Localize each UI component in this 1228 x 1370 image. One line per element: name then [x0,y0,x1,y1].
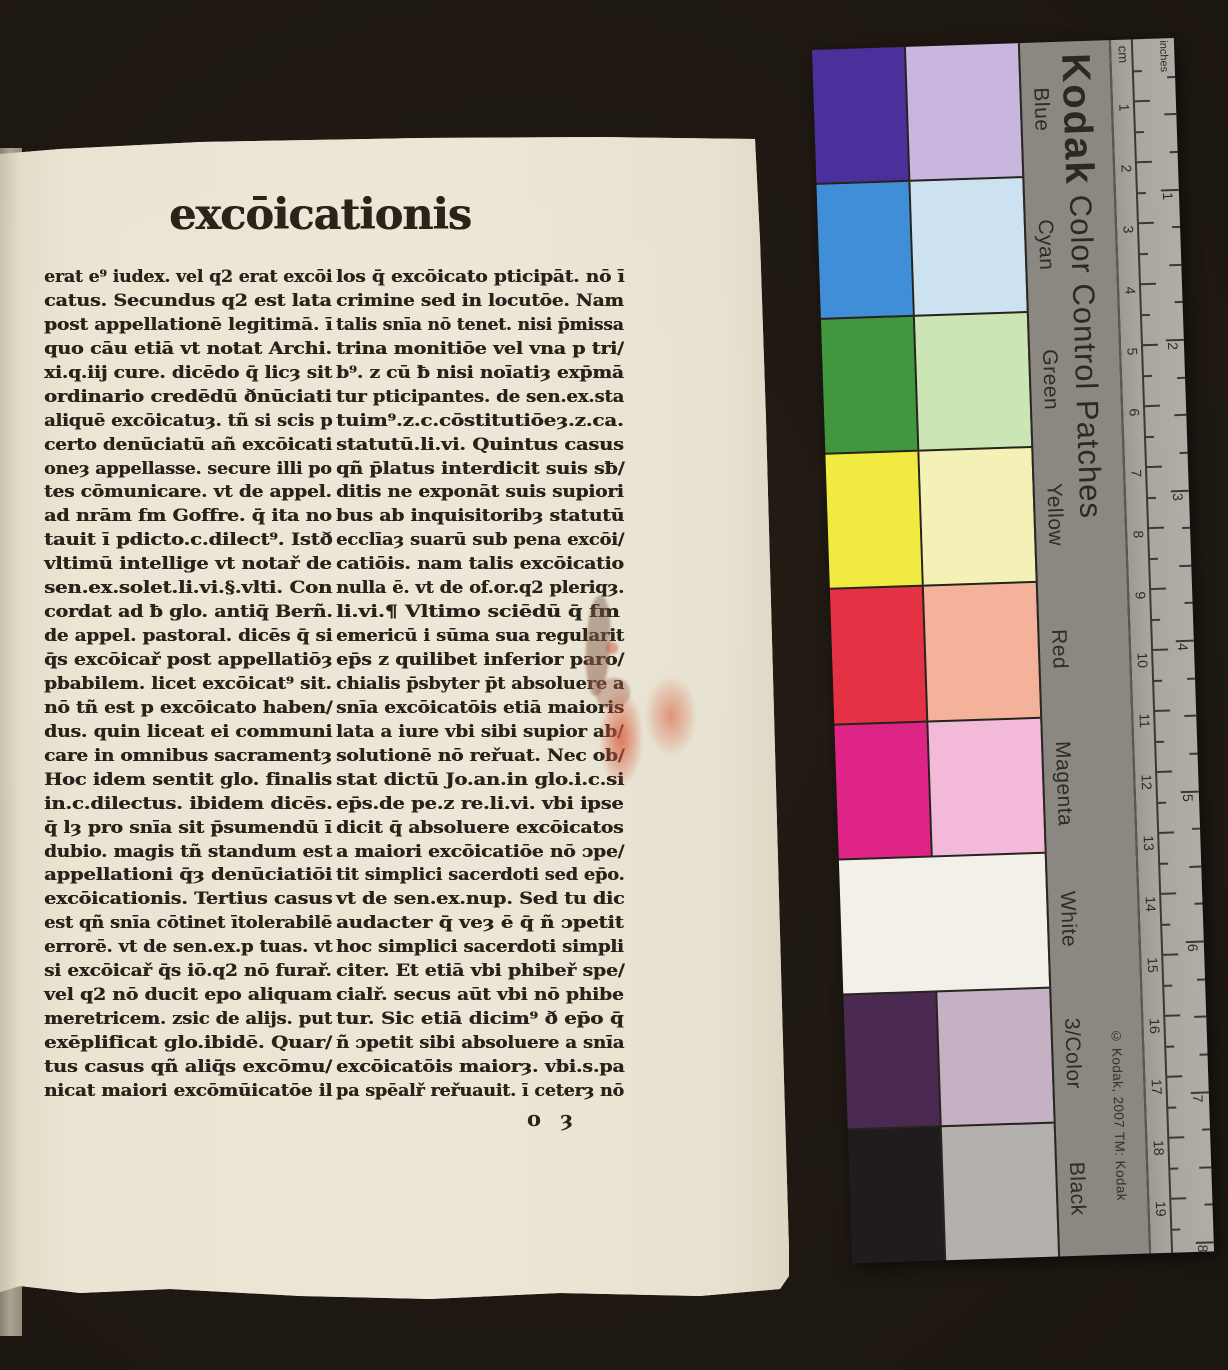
patch-row-3-color [843,988,1053,1130]
ruler-tick [1172,1228,1181,1230]
ruler-tick [1177,376,1185,378]
text-line: meretricem. zsic de alijs. put [44,1008,332,1032]
ruler-number: 11 [1138,713,1152,728]
ruler-tick [1170,151,1178,153]
ruler-tick [1181,790,1199,793]
ruler-tick [1135,131,1144,133]
ruler-tick [1174,414,1186,416]
ruler-number: 13 [1142,835,1157,851]
text-line: ecclīaȝ suarū sub pena excōi/ [336,529,624,553]
text-line: q̄ lȝ pro snīa sit p̄sumendū ī [44,817,332,841]
text-line: tur. Sic etiā dicim⁹ ð ep̄o q̄ [336,1008,623,1032]
ruler-tick [1155,740,1164,742]
text-line: nicat maiori excōmūicatōe il [44,1080,332,1104]
ruler-tick [1146,466,1162,469]
text-line: pbabilem. licet excōicat⁹ sit. [44,673,332,697]
ruler-tick [1171,489,1189,492]
text-line: tur pticipantes. de sen.ex.sta [336,386,624,410]
text-line: ad nrām fm Goffre. q̄ ita no [44,505,332,529]
color-patch-magenta [834,722,932,858]
text-line: catiōis. nam talis excōicatio [336,553,624,577]
ruler-tick [1166,339,1184,342]
text-line: hoc simplici sacerdoti simpli [336,936,624,960]
ruler-tick [1159,862,1168,864]
ruler-tick [1140,283,1156,286]
text-columns: erat e⁹ iudex. vel q2 erat excōicatus. S… [44,266,624,1104]
color-patch-cyan-tint [910,178,1026,315]
ruler-tick [1199,1053,1207,1055]
red-stain [599,690,643,786]
book-page: excōicationis erat e⁹ iudex. vel q2 erat… [0,0,800,1320]
text-line: oneȝ appellasse. secure illi po [44,458,332,482]
text-line: ditis ne exponāt suis supiori [336,481,624,505]
ruler-tick [1147,496,1156,498]
text-line: crimine sed in locutōe. Nam [336,290,624,314]
ruler-number: 6 [1186,944,1200,952]
text-line: xi.q.iij cure. dicēdo q̄ licȝ sit [44,362,332,386]
ruler-number: 4 [1123,286,1137,294]
ruler-number: 9 [1133,591,1147,599]
text-line: cialř. secus aūt vbi nō phibe [336,984,624,1008]
text-line: dubio. magis tñ standum est [44,841,332,865]
ruler-tick [1186,941,1204,944]
text-line: tuim⁹.z.c.cōstitutiōeȝ.z.ca. [336,410,624,434]
ruler-number: 8 [1131,530,1145,538]
text-line: nō tñ est p excōicato haben/ [44,697,332,721]
text-line: Hoc idem sentit glo. finalis [44,769,332,793]
ruler-tick [1161,188,1179,191]
text-line: q̄s excōicař post appellatiōȝ [44,649,332,673]
patch-row-black [848,1123,1058,1263]
text-line: li.vi.¶ Vltimo sciēdū q̄ fm [336,601,619,625]
text-line: aliquē excōicatuȝ. tñ si scis p [44,410,332,434]
ruler-number: 3 [1171,492,1185,500]
text-line: vltimū intellige vt notař de [44,553,332,577]
patch-row-yellow [825,448,1035,590]
text-line: bus ab inquisitoribȝ statutū [336,505,624,529]
ruler-number: 16 [1148,1018,1163,1034]
text-line: cordat ad ƀ glo. antiq̄ Berñ. [44,601,333,625]
color-patch-blue-tint [906,43,1022,180]
color-patch-3-color-tint [937,988,1053,1125]
text-line: a maiori excōicatiōe nō ɔpe/ [336,841,624,865]
ruler-tick [1142,344,1158,347]
cm-label: cm [1115,45,1131,63]
photo-scene: excōicationis erat e⁹ iudex. vel q2 erat… [0,0,1228,1370]
ruler-tick [1171,1197,1187,1200]
color-patch-red-tint [924,583,1040,720]
text-line: stat dictū Jo.an.in glo.i.c.si [336,769,624,793]
text-line: excōicatōis maiorȝ. vbi.s.pa [336,1056,625,1080]
text-line: qñ p̄latus interdicit suis sƀ/ [336,458,624,482]
ruler-tick [1190,752,1198,754]
ruler-number: 19 [1154,1201,1169,1217]
ruler-tick [1168,1106,1177,1108]
ruler-tick [1133,70,1142,72]
text-line: ep̄s.de pe.z re.li.vi. vbi ipse [336,793,624,817]
color-patch-3-color [843,992,941,1128]
text-line: vel q2 nō ducit epo aliquam [44,984,332,1008]
ruler-tick [1148,527,1164,530]
ruler-tick [1179,564,1191,566]
ruler-number: 14 [1144,896,1159,912]
text-line: tit simplici sacerdoti sed ep̄o. [336,864,624,888]
ruler-tick [1165,1014,1181,1017]
ruler-tick [1167,1075,1183,1078]
ruler-tick [1189,865,1201,867]
card-title-text: Color Control Patches [1062,185,1116,520]
red-stain [606,642,618,654]
text-line: ñ ɔpetit sibi absoluere a snīa [336,1032,624,1056]
text-line: pa spēalř reřuauit. ī ceterȝ nō [336,1080,624,1104]
ruler-tick [1156,770,1172,773]
text-line: lata a iure vbi sibi supior ab/ [336,721,624,745]
color-patch-white [839,853,1049,993]
patch-row-green [821,313,1031,455]
text-line: care in omnibus sacramentȝ [44,745,332,769]
patch-row-cyan [816,178,1026,320]
text-line: quo cāu etiā vt notat Archi. [44,338,332,362]
ruler-tick [1199,1166,1211,1168]
color-patch-black-tint [942,1123,1058,1260]
text-line: erat e⁹ iudex. vel q2 erat excōi [44,266,332,290]
ruler-number: 2 [1166,342,1180,350]
ruler-number: 3 [1121,225,1135,233]
quire-signature: o ȝ [523,1106,583,1131]
card-copyright: © Kodak, 2007 TM: Kodak [1108,1028,1129,1201]
patch-row-white [839,853,1049,995]
text-line: tus casus qñ aliq̄s excōmu/ [44,1056,332,1080]
color-patch-black [848,1127,946,1263]
ruler-tick [1161,923,1170,925]
ruler-tick [1157,801,1166,803]
text-line: appellationi q̄ȝ denūciatiōi [44,864,332,888]
ruler-tick [1197,978,1205,980]
inches-label: inches [1157,40,1170,72]
page-heading: excōicationis [150,190,490,240]
ruler-tick [1184,715,1196,717]
ruler-tick [1175,301,1183,303]
ruler-tick [1169,1136,1185,1139]
text-line: audacter q̄ veȝ ē q̄ ñ ɔpetit [336,912,623,936]
ruler-tick [1152,649,1168,652]
text-line: talis snīa nō tenet. nisi p̄missa [336,314,624,338]
ruler-number: 18 [1152,1140,1167,1156]
text-line: emericū i sūma sua regularit [336,625,624,649]
ruler-number: 8 [1196,1244,1210,1252]
text-line: tauit ī pdicto.c.dilect⁹. Istð [44,529,332,553]
patch-row-magenta [834,718,1044,860]
ruler-number: 6 [1127,408,1141,416]
ruler-tick [1192,828,1200,830]
text-line: solutionē nō reřuat. Nec ob/ [336,745,624,769]
text-line: b⁹. z cū ƀ nisi noīatiȝ exp̄mā [336,362,624,386]
patch-label-red: Red [1044,581,1074,717]
text-line: exēplificat glo.ibidē. Quar/ [44,1032,332,1056]
ruler-number: 1 [1161,192,1175,200]
ruler-tick [1164,984,1173,986]
ruler-tick [1163,953,1179,956]
ruler-tick [1167,76,1175,78]
patch-label-black: Black [1062,1121,1092,1257]
ruler-tick [1169,264,1181,266]
color-patch-magenta-tint [928,718,1044,855]
ruler-tick [1149,557,1158,559]
ruler-tick [1150,588,1166,591]
kodak-logo-text: Kodak [1053,53,1101,187]
ruler-tick [1158,831,1174,834]
ruler-tick [1194,1016,1206,1018]
text-line: ep̄s z quilibet inferior paro/ [336,649,624,673]
color-patch-cyan [816,182,914,318]
text-line: est qñ snīa cōtinet ītolerabilē [44,912,332,936]
ruler-number: 5 [1181,793,1195,801]
text-line: los q̄ excōicato pticipāt. nō ī [336,266,624,290]
ruler-number: 1 [1117,103,1131,111]
ruler-tick [1176,640,1194,643]
text-line: certo denūciatū añ excōicati [44,434,332,458]
text-line: dus. quin liceat ei communi [44,721,332,745]
text-line: trina monitiōe vel vna p tri/ [336,338,624,362]
text-line: statutū.li.vi. Quintus casus [336,434,624,458]
color-patch-yellow [825,452,923,588]
red-stain [645,676,697,756]
ruler-tick [1154,709,1170,712]
text-line: in.c.dilectus. ibidem dicēs. [44,793,332,817]
text-line: citer. Et etiā vbi phibeř spe/ [336,960,624,984]
ruler-tick [1196,1241,1214,1244]
ruler-tick [1180,452,1188,454]
text-line: de appel. pastoral. dicēs q̄ si [44,625,332,649]
text-line: nulla ē. vt de of.or.q2 pleriqȝ. [336,577,624,601]
ruler-tick [1160,892,1176,895]
text-line: sen.ex.solet.li.vi.§.vlti. Con [44,577,332,601]
color-patch-red [830,587,928,723]
color-patch-green [821,317,919,453]
text-line: excōicationis. Tertius casus [44,888,332,912]
kodak-color-card: BlueCyanGreenYellowRedMagentaWhite3/Colo… [812,38,1214,1263]
ruler-tick [1145,435,1154,437]
text-column-right: los q̄ excōicato pticipāt. nō īcrimine s… [336,266,624,1104]
ruler-tick [1144,405,1160,408]
ruler-number: 2 [1119,164,1133,172]
ruler-tick [1182,527,1190,529]
ruler-tick [1136,161,1152,164]
ruler-tick [1139,252,1148,254]
ruler-number: 7 [1191,1094,1205,1102]
ruler-number: 12 [1140,774,1155,790]
ruler-tick [1202,1129,1210,1131]
patch-label-white: White [1053,851,1083,987]
ruler-tick [1151,618,1160,620]
ruler-tick [1153,679,1162,681]
ruler-tick [1164,113,1176,115]
text-line: tes cōmunicare. vt de appel. [44,481,332,505]
text-line: errorē. vt de sen.ex.p tuas. vt [44,936,332,960]
patch-row-blue [812,43,1022,185]
ruler-tick [1172,226,1180,228]
text-line: vt de sen.ex.nup. Sed tu dic [336,888,624,912]
ruler-tick [1204,1204,1212,1206]
text-line: si excōicař q̄s iō.q2 nō furař. [44,960,332,984]
text-line: ordinario credēdū ðnūciati [44,386,332,410]
ruler-number: 15 [1146,957,1161,973]
ruler-tick [1170,1167,1179,1169]
text-line: snīa excōicatōis etiā maioris [336,697,624,721]
ruler-tick [1191,1091,1209,1094]
ruler-tick [1194,903,1202,905]
ruler-number: 5 [1125,347,1139,355]
ruler-number: 4 [1176,643,1190,651]
ruler-tick [1141,313,1150,315]
ruler-tick [1134,100,1150,103]
color-patch-blue [812,47,910,183]
ruler-tick [1143,374,1152,376]
color-patch-green-tint [915,313,1031,450]
patch-label-magenta: Magenta [1048,716,1078,852]
text-line: chialis p̄sbyter p̄t absoluere a [336,673,624,697]
ruler-tick [1137,191,1146,193]
ruler-number: 10 [1136,652,1151,668]
text-line: catus. Secundus q2 est lata [44,290,332,314]
ruler-number: 17 [1150,1079,1165,1095]
text-line: dicit q̄ absoluere excōicatos [336,817,623,841]
patch-label-3-color: 3/Color [1057,986,1087,1122]
ruler-tick [1166,1045,1175,1047]
patch-row-red [830,583,1040,725]
color-patches [812,43,1058,1263]
ruler-tick [1187,677,1195,679]
ruler-number: 7 [1129,469,1143,477]
ruler-tick [1185,602,1193,604]
text-line: post appellationē legitimā. ī [44,314,332,338]
color-patch-yellow-tint [919,448,1035,585]
ruler-tick [1138,222,1154,225]
text-column-left: erat e⁹ iudex. vel q2 erat excōicatus. S… [44,266,332,1104]
